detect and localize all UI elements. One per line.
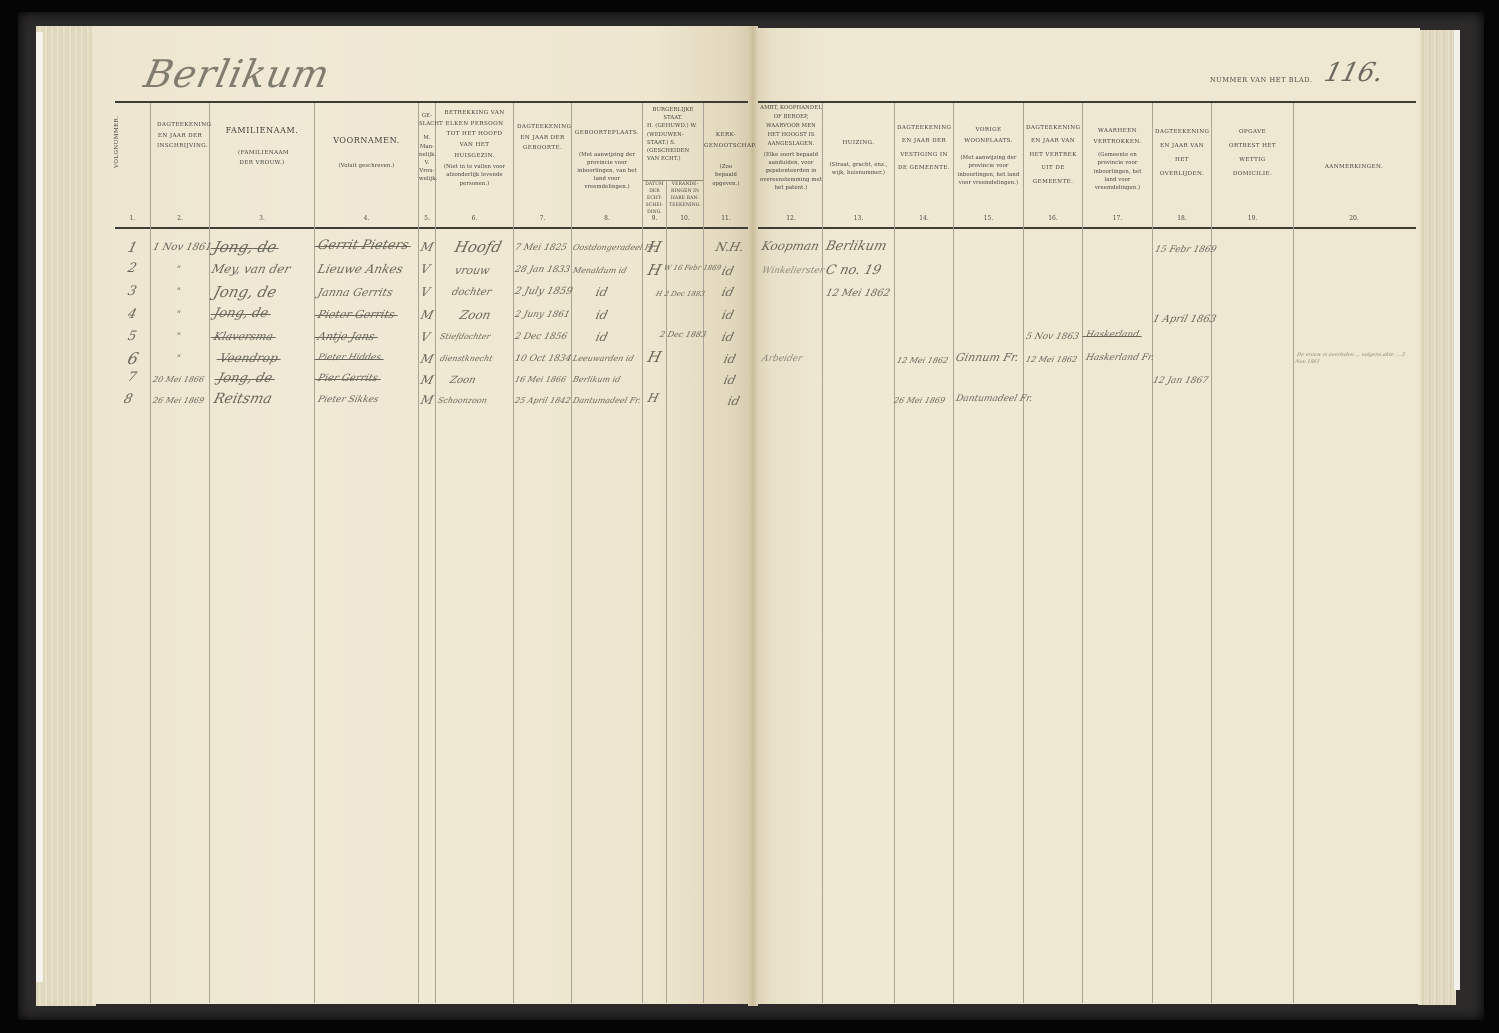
row-8-given: Pieter Sikkes (317, 395, 380, 405)
row-5-surname: Klaversma (212, 330, 274, 343)
row-3-birth: 2 July 1859 (514, 286, 574, 297)
column-divider (953, 103, 954, 1003)
row-8-surname: Reitsma (212, 391, 274, 407)
header-col-9-10: BURGERLIJKE STAAT. H. (GEHUWD.) W. (WEDU… (643, 106, 703, 163)
header-col-9-sub-label: DATUM DER ECHT-SCHEI-DING. (643, 182, 666, 217)
row-2-address: C no. 19 (824, 263, 883, 278)
header-col-9-subtitle: H. (GEHUWD.) W. (WEDUWEN-STAAT.) S. (GES… (643, 122, 703, 163)
column-number: 12. (760, 215, 822, 222)
row-6-destination: Haskerland Fr. (1085, 353, 1155, 363)
sheet-number: 116. (1321, 58, 1386, 88)
header-col-13-title: HUIZING. (823, 138, 894, 149)
row-6-given: Pieter Hiddes (317, 353, 382, 363)
row-4-birth: 2 Juny 1861 (514, 310, 571, 320)
row-8-birth: 25 April 1842 (514, 396, 572, 405)
column-divider (150, 103, 151, 1003)
row-8-prev-residence: Dantumadeel Fr. (955, 394, 1034, 404)
column-number: 13. (823, 215, 894, 222)
column-divider (1023, 103, 1024, 1003)
header-col-8: GEBOORTEPLAATS. (Met aanwijzing der prov… (572, 128, 642, 192)
row-2-surname: Mey, van der (210, 262, 292, 276)
row-7-birthplace: Berlikum id (572, 375, 622, 384)
column-number: 14. (895, 215, 953, 222)
header-col-6-title: BETREKKING VAN ELKEN PERSOON TOT HET HOO… (437, 108, 512, 161)
row-6-departed: 12 Mei 1862 (1025, 355, 1078, 364)
column-number: 19. (1212, 215, 1293, 222)
header-col-16-title: DAGTEEKENING EN JAAR VAN HET VERTREK UIT… (1024, 122, 1082, 189)
header-col-11-title: KERK-GENOOTSCHAP. (704, 130, 748, 151)
row-6-occupation: Arbeider (761, 354, 804, 364)
header-col-2: DAGTEEKENING EN JAAR DER INSCHRIJVING. (151, 120, 209, 152)
header-top-rule-right (758, 101, 1416, 103)
header-col-3-subtitle: (FAMILIENAAM DER VROUW.) (210, 138, 314, 169)
header-col-20: AANMERKINGEN. (1294, 162, 1414, 173)
column-number: 4. (315, 215, 418, 222)
column-number: 8. (572, 215, 642, 222)
left-page-edge-highlight (36, 32, 43, 982)
row-2-birthplace: Menaldum id (572, 266, 628, 275)
row-1-given: Gerrit Pieters (316, 238, 410, 253)
header-col-8-subtitle: (Met aanwijzing der provincie voor inboo… (572, 139, 642, 192)
column-divider (513, 103, 514, 1003)
row-1-religion: N.H. (714, 240, 745, 254)
header-col-6-subtitle: (Niet in te vullen voor afzonderlijk lev… (437, 161, 512, 188)
header-col-12: AMBT, KOOPHANDEL OF BEROEP, WAARVOOR MEN… (760, 104, 822, 192)
row-5-given: Antje Jans (316, 330, 376, 343)
header-col-8-title: GEBOORTEPLAATS. (572, 128, 642, 139)
row-7-registered: 20 Mei 1866 (152, 375, 205, 384)
header-col-4-title: VOORNAMEN. (315, 135, 418, 148)
column-number: 15. (954, 215, 1023, 222)
row-7-relation: Zoon (449, 375, 477, 386)
header-col-10-sub: VERANDE-RINGEN IN HARE BAN-TEEKENING. (667, 182, 703, 210)
header-bottom-rule-right (758, 227, 1416, 229)
row-5-departed: 5 Nov 1863 (1025, 332, 1080, 342)
header-col-12-subtitle: (Elke soort bepaald aanduiden, voor gepa… (760, 149, 822, 192)
header-col-19: OPGAVE ORTBEST HET WETTIG DOMICILIE. (1212, 126, 1293, 182)
row-3-settled: 12 Mei 1862 (825, 288, 892, 299)
row-8-relation: Schoonzoon (437, 396, 488, 405)
header-col-15-subtitle: (Met aanwijzing der provincie voor inboo… (954, 146, 1023, 187)
header-col-18-title: DAGTEEKENING EN JAAR VAN HET OVERLIJDEN. (1153, 126, 1211, 182)
row-7-given: Pier Gerrits (317, 373, 379, 384)
row-6-birth: 10 Oct 1834 (514, 354, 573, 364)
row-6-relation: dienstknecht (439, 354, 494, 363)
row-2-relation: vrouw (453, 264, 491, 277)
column-divider (314, 103, 315, 1003)
row-3-relation: dochter (451, 287, 493, 298)
header-col-16: DAGTEEKENING EN JAAR VAN HET VERTREK UIT… (1024, 122, 1082, 189)
row-1-registered: 1 Nov 1861 (152, 242, 213, 253)
header-col-17: WAARHEEN VERTROKKEN. (Gemeente en provin… (1083, 126, 1152, 192)
column-number: 16. (1024, 215, 1082, 222)
header-col-17-subtitle: (Gemeente en provincie voor inboorlingen… (1083, 147, 1152, 192)
column-divider (894, 103, 895, 1003)
header-col-14: DAGTEEKENING EN JAAR DER VESTIGING IN DE… (895, 122, 953, 176)
row-5-birth: 2 Dec 1856 (514, 332, 568, 342)
column-divider (571, 103, 572, 1003)
row-1-address: Berlikum (824, 239, 888, 254)
header-col-6: BETREKKING VAN ELKEN PERSOON TOT HET HOO… (437, 108, 512, 188)
row-1-occupation: Koopman (760, 239, 821, 253)
column-number: 20. (1294, 215, 1414, 222)
header-col-5-subtitle: M. Man-nelijk. V. Vrou-welijk. (419, 128, 435, 183)
row-3-surname: Jong, de (212, 283, 279, 301)
header-col-11: KERK-GENOOTSCHAP. (Zoo bepaald opgeven.) (704, 130, 748, 188)
sheet-number-label: NUMMER VAN HET BLAD. (1210, 76, 1313, 84)
column-number: 11. (704, 215, 748, 222)
row-8-birthplace: Dantumadeel Fr. (572, 396, 642, 405)
column-number: 5. (419, 215, 435, 222)
row-7-died: 12 Jan 1867 (1152, 376, 1209, 386)
row-6-birthplace: Leeuwarden id (572, 354, 635, 363)
header-col-11-subtitle: (Zoo bepaald opgeven.) (704, 151, 748, 188)
row-2-given: Lieuwe Ankes (316, 262, 404, 276)
column-number: 3. (210, 215, 314, 222)
header-col-20-title: AANMERKINGEN. (1294, 162, 1414, 173)
header-col-9-sub: DATUM DER ECHT-SCHEI-DING. (643, 182, 666, 217)
column-number: 10. (667, 215, 703, 222)
right-page-edges (1418, 30, 1456, 1005)
row-6-surname: Veendrop (218, 351, 279, 365)
column-divider (209, 103, 210, 1003)
row-7-surname: Jong, de (216, 371, 274, 386)
header-col-7: DAGTEEKENING EN JAAR DER GEBOORTE. (514, 122, 571, 154)
row-3-given: Janna Gerrits (316, 286, 394, 299)
column-divider (418, 103, 419, 1003)
header-col-1: VOLGNUMMER. (114, 115, 120, 168)
row-7-birth: 16 Mei 1866 (514, 375, 567, 384)
row-1-relation: Hoofd (453, 238, 504, 256)
row-4-given: Pieter Gerrits (316, 308, 396, 321)
book-gutter (748, 26, 758, 1006)
row-3-civil-change: H 2 Dec 1883 (655, 290, 706, 298)
row-1-birthplace: Oostdongeradeel Fr. (572, 243, 657, 252)
row-6-prev-residence: Ginnum Fr. (954, 351, 1020, 364)
header-col-3: FAMILIENAAM. (FAMILIENAAM DER VROUW.) (210, 125, 314, 169)
row-6-settled: 12 Mei 1862 (896, 356, 949, 365)
row-4-relation: Zoon (458, 308, 492, 322)
header-col-7-title: DAGTEEKENING EN JAAR DER GEBOORTE. (514, 122, 571, 154)
place-name: Berlikum (140, 52, 334, 96)
row-1-surname: Jong, de (212, 238, 279, 256)
row-6-remarks: De vrouw is overleden ... volgens akte .… (1294, 352, 1407, 366)
column-number: 1. (115, 215, 150, 222)
header-col-19-title: OPGAVE ORTBEST HET WETTIG DOMICILIE. (1212, 126, 1293, 182)
column-divider (666, 180, 667, 1003)
header-col-13-subtitle: (Straat, gracht, enz., wijk, huisnummer.… (823, 149, 894, 177)
header-col-5: GE-SLACHT M. Man-nelijk. V. Vrou-welijk. (419, 112, 435, 184)
column-number: 17. (1083, 215, 1152, 222)
header-col-12-title: AMBT, KOOPHANDEL OF BEROEP, WAARVOOR MEN… (760, 104, 822, 149)
header-col-17-title: WAARHEEN VERTROKKEN. (1083, 126, 1152, 147)
column-divider (1293, 103, 1294, 1003)
column-divider (703, 103, 704, 1003)
column-divider (1211, 103, 1212, 1003)
column-divider (642, 103, 643, 1003)
header-col-3-title: FAMILIENAAM. (210, 125, 314, 138)
row-1-birth: 7 Mei 1825 (514, 243, 568, 253)
column-number: 9. (643, 215, 666, 222)
header-col-15: VORIGE WOONPLAATS. (Met aanwijzing der p… (954, 125, 1023, 187)
civil-state-divider (642, 180, 703, 181)
header-col-4-subtitle: (Voluit geschreven.) (315, 148, 418, 170)
header-col-5-title: GE-SLACHT (419, 112, 435, 128)
header-col-13: HUIZING. (Straat, gracht, enz., wijk, hu… (823, 138, 894, 177)
header-col-2-title: DAGTEEKENING EN JAAR DER INSCHRIJVING. (151, 120, 209, 152)
column-divider (822, 103, 823, 1003)
header-col-9-title: BURGERLIJKE STAAT. (643, 106, 703, 122)
column-divider (1082, 103, 1083, 1003)
column-divider (1152, 103, 1153, 1003)
row-2-civil-change: W 16 Febr 1869 (663, 264, 722, 272)
right-page-edge-highlight (1454, 30, 1460, 990)
left-page-edges (36, 26, 96, 1006)
header-col-10-sub-label: VERANDE-RINGEN IN HARE BAN-TEEKENING. (667, 182, 703, 210)
column-divider (435, 103, 436, 1003)
column-number: 6. (436, 215, 513, 222)
row-8-registered: 26 Mei 1869 (152, 396, 205, 405)
header-col-4: VOORNAMEN. (Voluit geschreven.) (315, 135, 418, 170)
row-8-settled: 26 Mei 1869 (893, 396, 946, 405)
row-5-destination: Haskerland (1085, 330, 1140, 340)
row-5-relation: Stiefdochter (439, 332, 492, 341)
row-2-occupation: Winkelierster (761, 266, 825, 276)
row-5-civil-change: 2 Dec 1883 (659, 330, 707, 339)
row-2-birth: 28 Jan 1833 (514, 265, 571, 275)
header-col-18: DAGTEEKENING EN JAAR VAN HET OVERLIJDEN. (1153, 126, 1211, 182)
row-4-surname: Jong, de (212, 306, 270, 321)
column-number: 18. (1153, 215, 1211, 222)
column-number: 7. (514, 215, 571, 222)
column-number: 2. (151, 215, 209, 222)
row-1-died: 15 Febr 1869 (1154, 245, 1218, 255)
header-col-15-title: VORIGE WOONPLAATS. (954, 125, 1023, 146)
header-col-14-title: DAGTEEKENING EN JAAR DER VESTIGING IN DE… (895, 122, 953, 176)
row-4-died: 1 April 1863 (1152, 314, 1218, 325)
